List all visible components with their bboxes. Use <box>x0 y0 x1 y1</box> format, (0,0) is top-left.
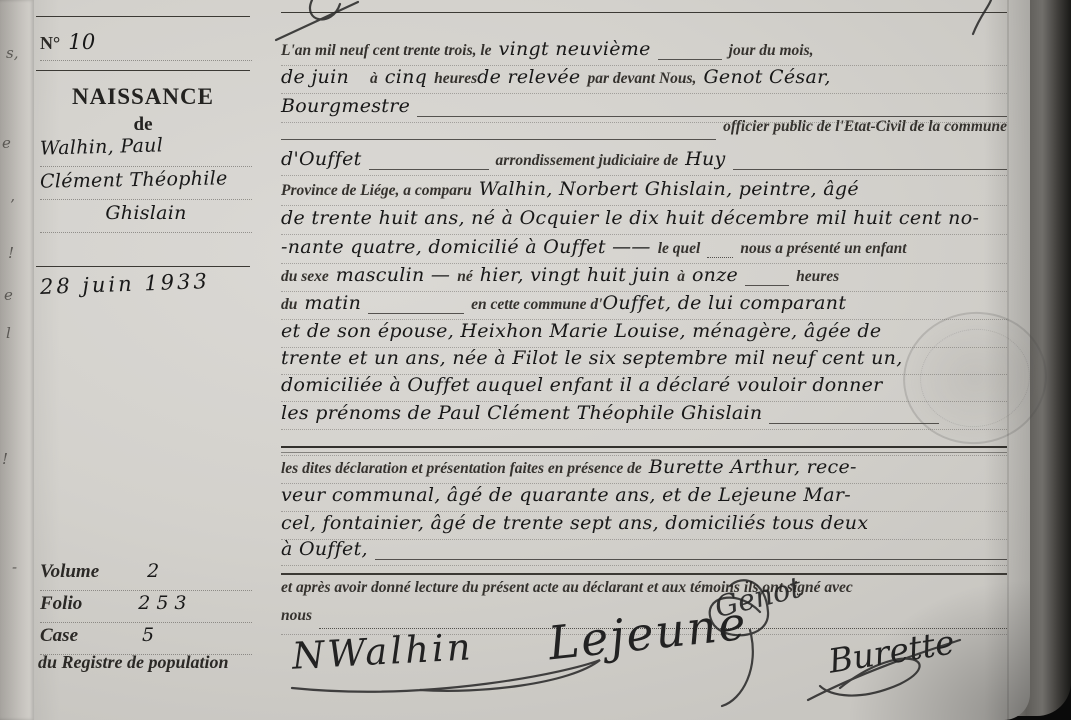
handwritten-text: onze <box>692 264 738 286</box>
form-rule <box>281 12 1007 13</box>
bleed-mark: - <box>12 558 17 576</box>
section-divider <box>281 446 1007 453</box>
act-line: L'an mil neuf cent trente trois, le ving… <box>281 38 1007 66</box>
act-line: du matin en cette commune d' Ouffet, de … <box>281 292 1007 320</box>
bleed-mark: l <box>6 324 11 342</box>
printed-text: officier public de l'Etat-Civil de la co… <box>723 118 1007 136</box>
act-line: officier public de l'Etat-Civil de la co… <box>281 118 1007 145</box>
printed-text: du <box>281 296 297 314</box>
act-line: d'Ouffet arrondissement judiciaire de Hu… <box>281 148 1007 176</box>
form-rule <box>36 70 250 71</box>
bleed-mark: ! <box>2 450 8 468</box>
blank-rule <box>368 312 464 314</box>
handwritten-text: masculin — <box>336 264 450 286</box>
volume-value: 2 <box>147 560 159 582</box>
act-number-label: N° <box>40 33 60 54</box>
handwritten-text: Huy <box>685 148 725 170</box>
bleed-mark: ! <box>8 244 14 262</box>
bleed-mark: s, <box>6 44 18 62</box>
record-type-title: NAISSANCE <box>36 84 250 110</box>
handwritten-text: cinq <box>385 66 427 88</box>
printed-text: par devant Nous, <box>587 70 696 88</box>
printed-text: L'an mil neuf cent trente trois, le <box>281 42 492 60</box>
register-page: s, e ’ ! e l ! - N° 10 NAISSANCE de Walh… <box>0 0 1030 720</box>
act-line: trente et un ans, née à Filot le six sep… <box>281 347 1007 375</box>
handwritten-text: de trente huit ans, né à Ocquier le dix … <box>281 207 979 229</box>
printed-text: à <box>677 268 685 286</box>
act-line: veur communal, âgé de quarante ans, et d… <box>281 484 1007 512</box>
printed-text: nous <box>281 607 312 625</box>
scanned-birth-record: s, e ’ ! e l ! - N° 10 NAISSANCE de Walh… <box>0 0 1071 720</box>
child-name-row: Ghislain <box>40 202 252 233</box>
case-value: 5 <box>142 624 154 646</box>
case-label: Case <box>40 625 78 647</box>
handwritten-text: veur communal, âgé de quarante ans, et d… <box>281 484 851 506</box>
bleed-mark: ’ <box>10 196 15 214</box>
handwritten-text: domiciliée à Ouffet auquel enfant il a d… <box>281 374 883 396</box>
handwritten-text: de juin <box>281 66 349 88</box>
case-row: Case 5 <box>40 624 252 655</box>
printed-text: heures <box>434 70 477 88</box>
handwritten-text: Ouffet, de lui comparant <box>602 292 846 314</box>
act-line: cel, fontainier, âgé de trente sept ans,… <box>281 512 1007 540</box>
record-type-subtitle: de <box>36 114 250 136</box>
torn-gutter-edge: s, e ’ ! e l ! - <box>0 0 34 720</box>
handwritten-text: matin <box>304 292 361 314</box>
folio-label: Folio <box>40 593 82 615</box>
handwritten-text: trente et un ans, née à Filot le six sep… <box>281 347 903 369</box>
child-name-row: Clément Théophile <box>40 169 252 200</box>
blank-rule <box>733 168 1007 170</box>
child-name-row: Walhin, Paul <box>40 136 252 167</box>
act-line: de juin à cinq heures de relevée par dev… <box>281 66 1007 94</box>
handwritten-text: d'Ouffet <box>281 148 362 170</box>
folio-row: Folio 253 <box>40 592 252 623</box>
act-line: domiciliée à Ouffet auquel enfant il a d… <box>281 374 1007 402</box>
act-line: à Ouffet, <box>281 538 1007 566</box>
act-date: 28 juin 1933 <box>40 269 211 299</box>
act-line: les dites déclaration et présentation fa… <box>281 456 1007 484</box>
act-line: -nante quatre, domicilié à Ouffet —— le … <box>281 236 1007 264</box>
handwritten-text: hier, vingt huit juin <box>480 264 670 286</box>
blank-rule <box>369 168 489 170</box>
child-name-line2: Clément Théophile <box>40 167 228 192</box>
act-line: de trente huit ans, né à Ocquier le dix … <box>281 207 1007 235</box>
handwritten-text: cel, fontainier, âgé de trente sept ans,… <box>281 512 868 534</box>
page-crease <box>1007 0 1009 720</box>
handwritten-text: -nante quatre, domicilié à Ouffet —— <box>281 236 651 258</box>
printed-text: heures <box>796 268 839 286</box>
blank-rule <box>375 558 1007 560</box>
printed-text: en cette commune d' <box>471 296 602 314</box>
handwritten-text: à Ouffet, <box>281 538 368 560</box>
act-line: du sexe masculin — né hier, vingt huit j… <box>281 264 1007 292</box>
printed-text: à <box>370 70 378 88</box>
bleed-mark: e <box>2 134 11 152</box>
child-name-line1: Walhin, Paul <box>40 134 164 159</box>
folio-value: 253 <box>138 592 192 614</box>
handwritten-text: Genot César, <box>703 66 830 88</box>
printed-text: jour du mois, <box>729 42 814 60</box>
blank-rule <box>281 138 716 140</box>
printed-text: les dites déclaration et présentation fa… <box>281 460 642 478</box>
printed-text: arrondissement judiciaire de <box>496 152 679 170</box>
signature-declarant: NWalhin <box>291 625 475 677</box>
printed-text: nous a présenté un enfant <box>740 240 906 258</box>
printed-text: le quel <box>658 240 701 258</box>
handwritten-text: vingt neuvième <box>499 38 651 60</box>
printed-text: Province de Liége, a comparu <box>281 182 472 200</box>
child-name-line3: Ghislain <box>105 202 186 224</box>
form-rule <box>36 16 250 17</box>
form-rule <box>36 266 250 267</box>
act-date-row: 28 juin 1933 <box>40 272 252 302</box>
act-line: et après avoir donné lecture du présent … <box>281 579 1007 606</box>
blank-rule <box>417 115 1007 117</box>
handwritten-text: les prénoms de Paul Clément Théophile Gh… <box>281 402 762 424</box>
act-line: et de son épouse, Heixhon Marie Louise, … <box>281 320 1007 348</box>
act-number-row: N° 10 <box>40 30 252 61</box>
blank-rule <box>707 256 733 258</box>
act-line: les prénoms de Paul Clément Théophile Gh… <box>281 402 1007 430</box>
section-divider <box>281 573 1007 575</box>
bleed-mark: e <box>4 286 13 304</box>
register-label: du Registre de population <box>38 652 229 673</box>
handwritten-text: Bourgmestre <box>281 95 410 117</box>
act-number-value: 10 <box>68 30 95 54</box>
blank-rule <box>745 284 789 286</box>
handwritten-text: et de son épouse, Heixhon Marie Louise, … <box>281 320 881 342</box>
blank-rule <box>658 58 722 60</box>
handwritten-text: Burette Arthur, rece- <box>649 456 857 478</box>
volume-row: Volume 2 <box>40 560 252 591</box>
act-line: Province de Liége, a comparu Walhin, Nor… <box>281 178 1007 206</box>
handwritten-text: de relevée <box>477 66 580 88</box>
volume-label: Volume <box>40 561 99 583</box>
printed-text: du sexe <box>281 268 329 286</box>
handwritten-text: Walhin, Norbert Ghislain, peintre, âgé <box>479 178 859 200</box>
blank-rule <box>769 422 939 424</box>
printed-text: né <box>457 268 473 286</box>
